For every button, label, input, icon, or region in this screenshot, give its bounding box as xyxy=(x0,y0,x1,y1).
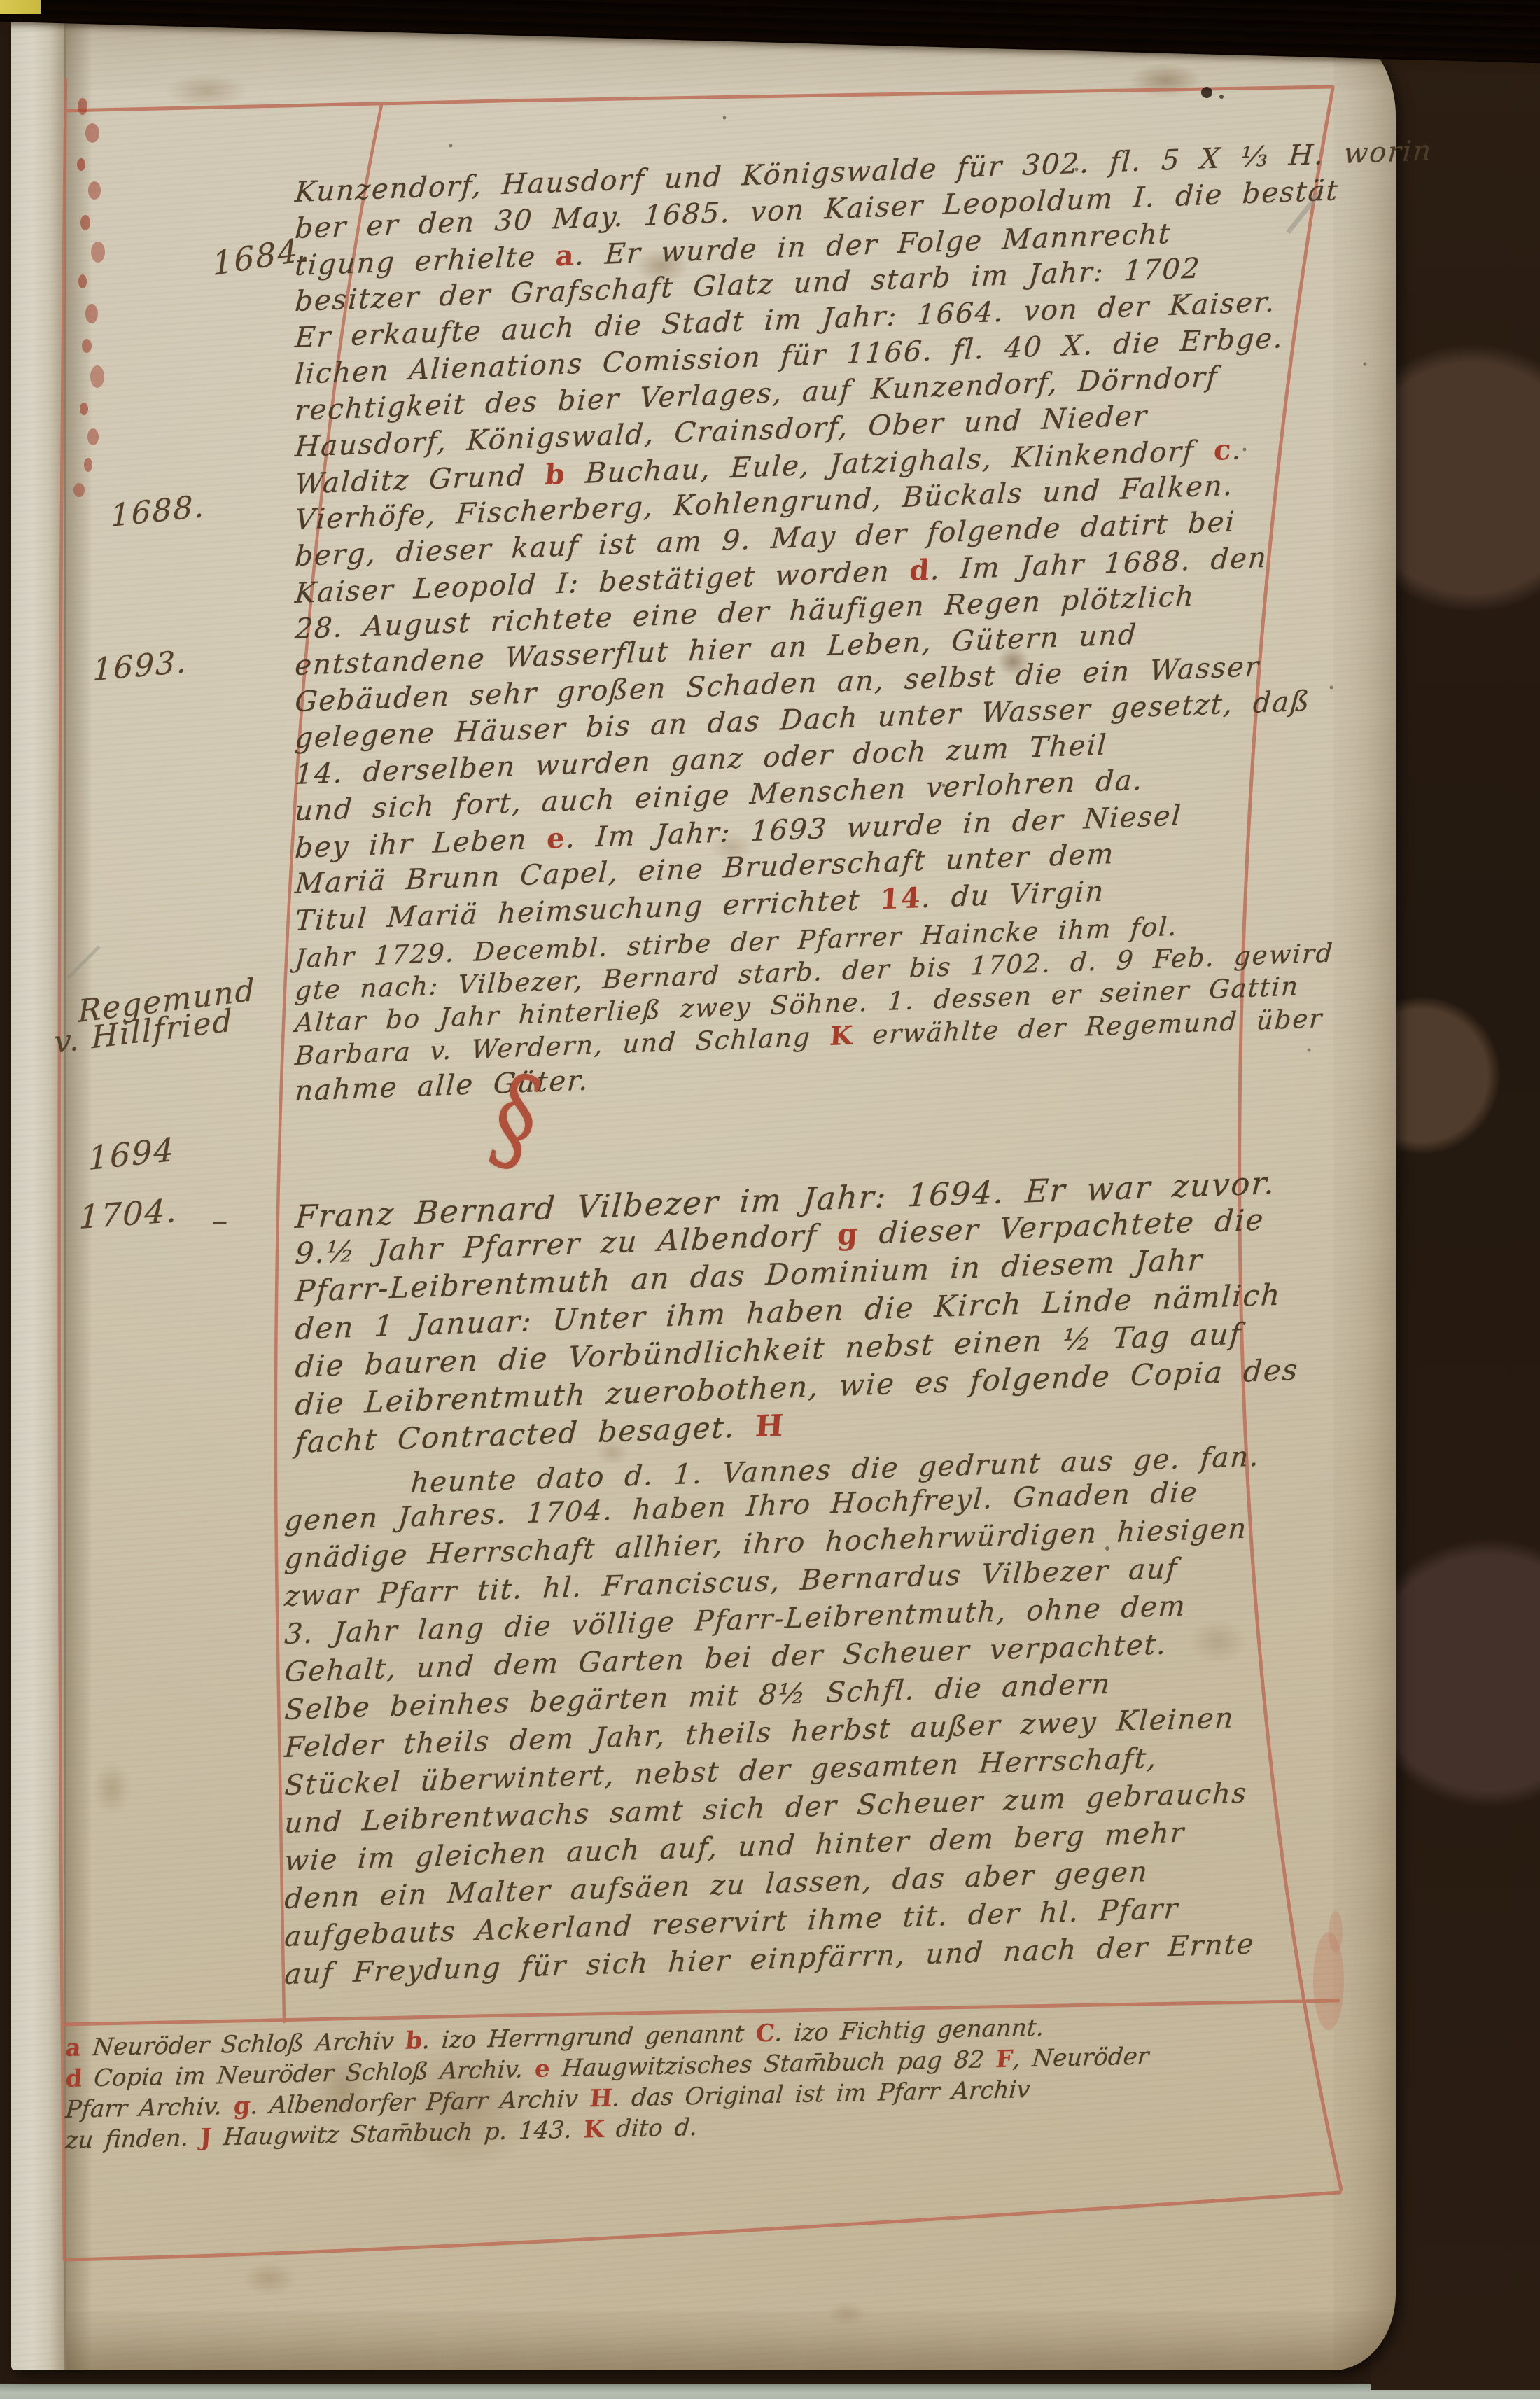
red-reference-letter: C xyxy=(755,2020,776,2048)
red-reference-letter: H xyxy=(755,1408,786,1443)
red-reference-letter: g xyxy=(836,1217,861,1252)
margin-entry: – xyxy=(210,1201,232,1239)
handwritten-line: nahme alle Güter. xyxy=(294,1064,590,1107)
manuscript-page: 1684.1688.1693.Regemundv. Hillfried16941… xyxy=(11,18,1396,2370)
red-reference-letter: c xyxy=(1213,433,1234,467)
stain-blob xyxy=(1113,56,1218,105)
margin-entry: 1694 xyxy=(88,1131,175,1177)
stain-blob xyxy=(84,1750,140,1827)
red-reference-letter: b xyxy=(405,2027,423,2055)
red-reference-letter: e xyxy=(546,822,568,855)
red-reference-letter: 14 xyxy=(878,881,923,916)
ink-blot xyxy=(1201,87,1224,99)
page-content-layer: 1684.1688.1693.Regemundv. Hillfried16941… xyxy=(0,0,1540,2399)
red-reference-letter: d xyxy=(909,554,932,587)
frame-right-line xyxy=(1240,88,1341,2190)
red-reference-letter: b xyxy=(544,458,567,491)
red-reference-letter: H xyxy=(589,2085,613,2113)
frame-top-line xyxy=(67,87,1333,111)
margin-entry: 1688. xyxy=(111,489,205,534)
scanned-manuscript-photo: 1684.1688.1693.Regemundv. Hillfried16941… xyxy=(0,0,1540,2399)
stain-blob xyxy=(819,2296,875,2331)
red-reference-letter: a xyxy=(554,239,576,272)
red-reference-letter: K xyxy=(582,2115,605,2144)
margin-entry: 1693. xyxy=(92,644,188,688)
margin-entry: 1704. xyxy=(78,1191,178,1236)
pink-smudge xyxy=(1313,1911,1344,2030)
red-reference-letter: d xyxy=(64,2064,83,2093)
frame-bottom-line xyxy=(64,2192,1340,2260)
red-reference-letter: a xyxy=(64,2034,82,2062)
frame-left-line xyxy=(59,80,66,2260)
stain-blob xyxy=(147,67,266,116)
stain-blob xyxy=(231,2254,308,2303)
red-paint-smudges xyxy=(73,98,105,497)
background-sliver xyxy=(0,0,41,14)
stain-blob xyxy=(1176,1610,1260,1673)
red-reference-letter: F xyxy=(995,2045,1014,2074)
red-reference-letter: J xyxy=(199,2124,213,2152)
red-reference-letter: g xyxy=(232,2092,251,2120)
red-reference-letter: K xyxy=(829,1020,855,1051)
section-mark: § xyxy=(486,1044,546,1194)
red-reference-letter: e xyxy=(534,2055,552,2083)
